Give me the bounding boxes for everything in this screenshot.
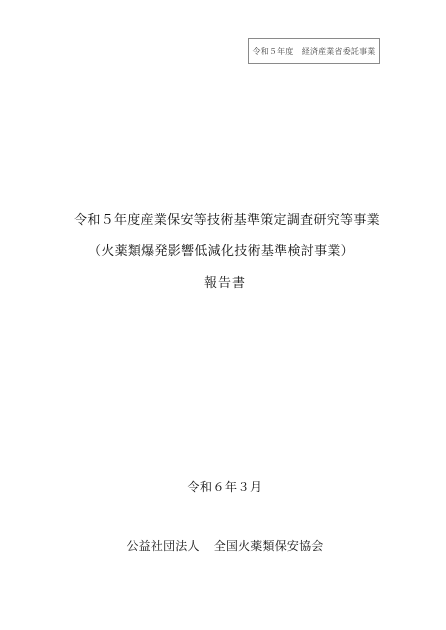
organization-line: 公益社団法人全国火薬類保安協会 xyxy=(2,537,446,554)
report-title-subtitle: （火薬類爆発影響低減化技術基準検討事業） xyxy=(0,240,444,259)
report-cover-page: 令和５年度 経済産業省委託事業 令和５年度産業保安等技術基準策定調査研究等事業 … xyxy=(0,0,446,630)
report-type-label: 報告書 xyxy=(2,272,446,291)
organization-name: 全国火薬類保安協会 xyxy=(214,539,324,553)
organization-type: 公益社団法人 xyxy=(126,539,199,553)
report-date: 令和６年３月 xyxy=(2,478,446,495)
report-title-main: 令和５年度産業保安等技術基準策定調査研究等事業 xyxy=(4,209,446,228)
sponsor-label-box: 令和５年度 経済産業省委託事業 xyxy=(248,38,380,64)
